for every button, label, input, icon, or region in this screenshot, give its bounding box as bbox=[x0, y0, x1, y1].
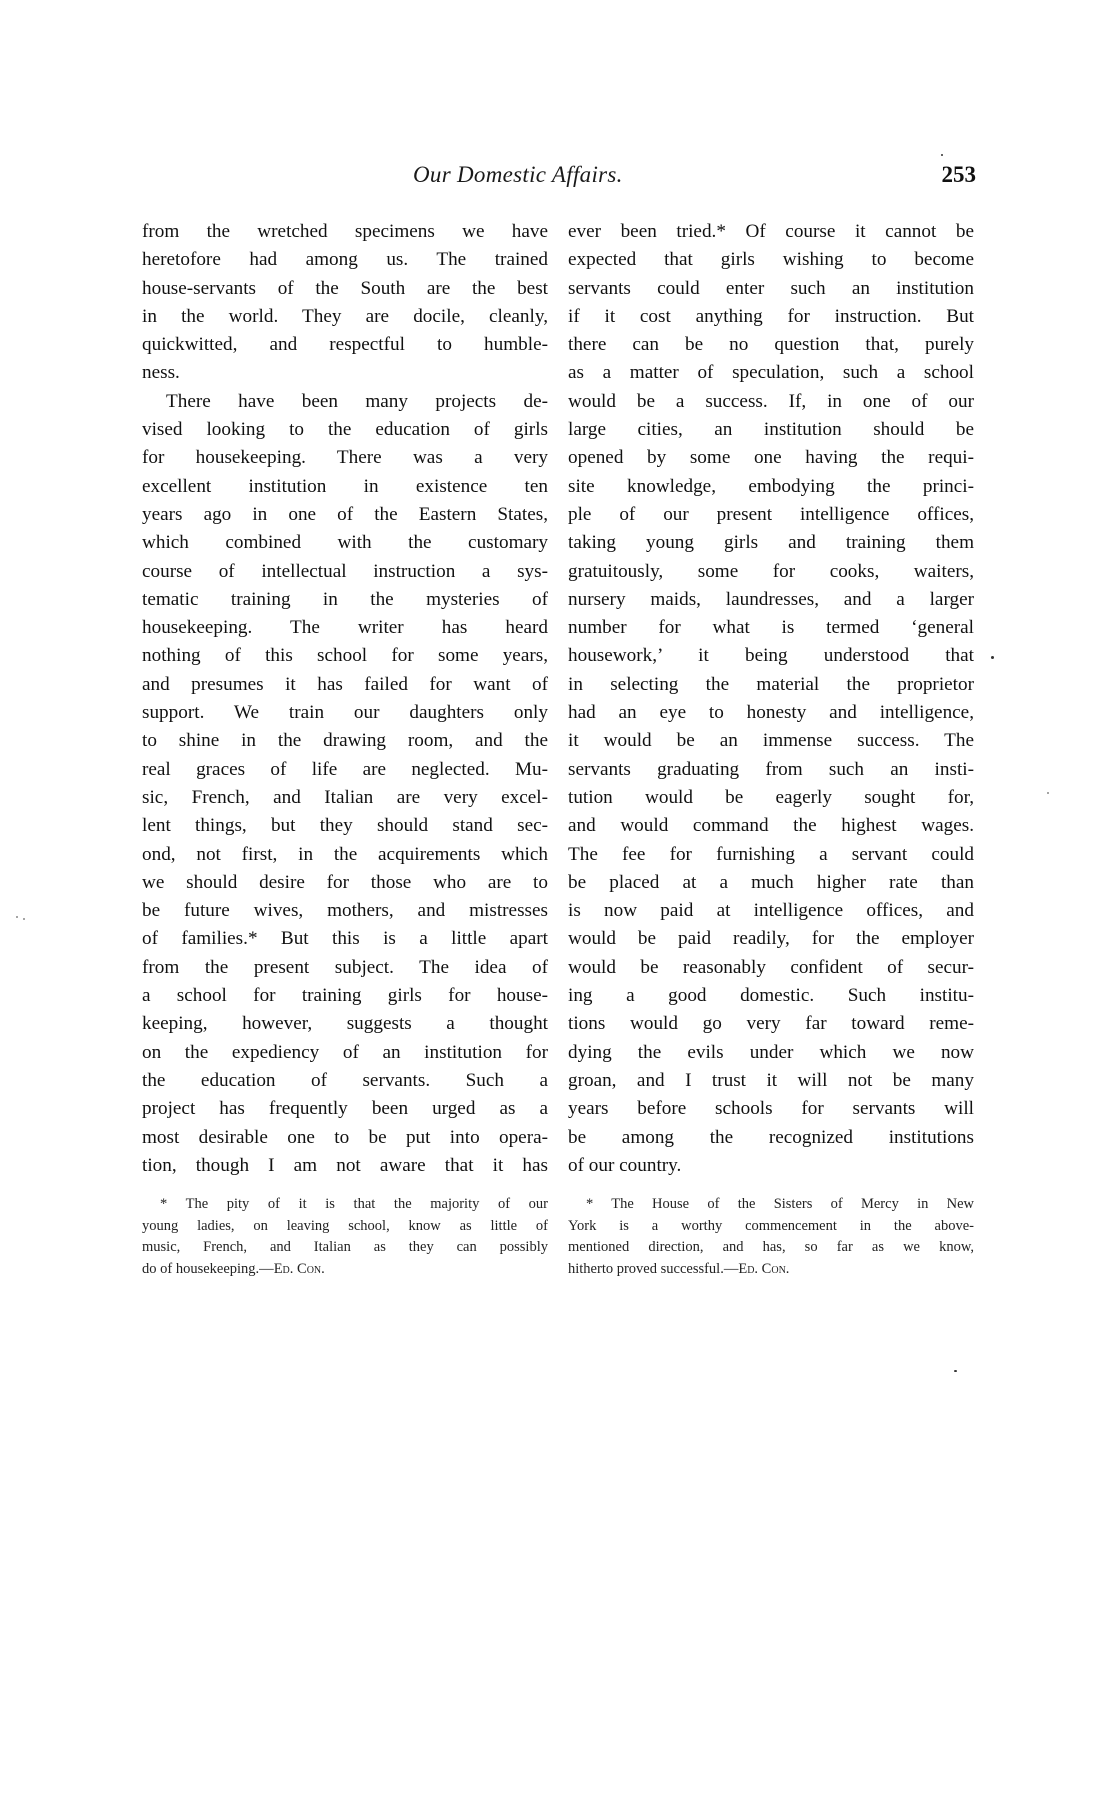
text-line: tions would go very far toward reme- bbox=[568, 1010, 974, 1038]
text-line: house-servants of the South are the best bbox=[142, 275, 548, 303]
text-line: in the world. They are docile, cleanly, bbox=[142, 303, 548, 331]
text-line: be future wives, mothers, and mistresses bbox=[142, 897, 548, 925]
footnote-line: young ladies, on leaving school, know as… bbox=[142, 1216, 548, 1238]
text-line: expected that girls wishing to become bbox=[568, 246, 974, 274]
right-column: ever been tried.* Of course it cannot be… bbox=[568, 218, 974, 1180]
text-line: project has frequently been urged as a bbox=[142, 1095, 548, 1123]
text-line: the education of servants. Such a bbox=[142, 1067, 548, 1095]
footnote-line: * The House of the Sisters of Mercy in N… bbox=[568, 1194, 974, 1216]
text-line: sic, French, and Italian are very excel- bbox=[142, 784, 548, 812]
text-line: a school for training girls for house- bbox=[142, 982, 548, 1010]
text-line: years before schools for servants will bbox=[568, 1095, 974, 1123]
footnote-signature: Ed. Con. bbox=[274, 1261, 325, 1277]
text-line: be among the recognized institutions bbox=[568, 1124, 974, 1152]
text-line: support. We train our daughters only bbox=[142, 699, 548, 727]
text-line: real graces of life are neglected. Mu- bbox=[142, 756, 548, 784]
text-line: ness. bbox=[142, 359, 548, 387]
text-line: most desirable one to be put into opera- bbox=[142, 1124, 548, 1152]
text-line: ing a good domestic. Such institu- bbox=[568, 982, 974, 1010]
footnote-line-last: hitherto proved successful.—Ed. Con. bbox=[568, 1259, 974, 1281]
footnote-line: York is a worthy commencement in the abo… bbox=[568, 1216, 974, 1238]
text-line: large cities, an institution should be bbox=[568, 416, 974, 444]
text-line: nursery maids, laundresses, and a larger bbox=[568, 586, 974, 614]
text-line: there can be no question that, purely bbox=[568, 331, 974, 359]
page-number: 253 bbox=[942, 160, 977, 190]
text-line: from the present subject. The idea of bbox=[142, 954, 548, 982]
text-line: taking young girls and training them bbox=[568, 529, 974, 557]
left-column: from the wretched specimens we have here… bbox=[142, 218, 548, 1180]
scan-speck bbox=[23, 918, 25, 920]
scan-speck bbox=[954, 1370, 957, 1372]
running-title: Our Domestic Affairs. bbox=[413, 160, 623, 190]
running-head: Our Domestic Affairs. 253 bbox=[140, 160, 976, 190]
text-line: course of intellectual instruction a sys… bbox=[142, 558, 548, 586]
text-line: housework,’ it being understood that bbox=[568, 642, 974, 670]
footnote-left: * The pity of it is that the majority of… bbox=[142, 1194, 548, 1280]
text-line: servants could enter such an institution bbox=[568, 275, 974, 303]
footnote-line: music, French, and Italian as they can p… bbox=[142, 1237, 548, 1259]
text-line: ever been tried.* Of course it cannot be bbox=[568, 218, 974, 246]
text-line: ple of our present intelligence offices, bbox=[568, 501, 974, 529]
text-line: would be paid readily, for the employer bbox=[568, 925, 974, 953]
text-line: tion, though I am not aware that it has bbox=[142, 1152, 548, 1180]
text-line: heretofore had among us. The trained bbox=[142, 246, 548, 274]
text-line: site knowledge, embodying the princi- bbox=[568, 473, 974, 501]
footnote-line-last: do of housekeeping.—Ed. Con. bbox=[142, 1259, 548, 1281]
footnote-line: * The pity of it is that the majority of… bbox=[142, 1194, 548, 1216]
text-line: years ago in one of the Eastern States, bbox=[142, 501, 548, 529]
text-line: be placed at a much higher rate than bbox=[568, 869, 974, 897]
footnote-signature: Ed. Con. bbox=[738, 1261, 789, 1277]
text-line: The fee for furnishing a servant could bbox=[568, 841, 974, 869]
text-line: groan, and I trust it will not be many bbox=[568, 1067, 974, 1095]
text-line: tematic training in the mysteries of bbox=[142, 586, 548, 614]
footnote-text: hitherto proved successful.— bbox=[568, 1261, 738, 1277]
text-line: would be a success. If, in one of our bbox=[568, 388, 974, 416]
footnote-right: * The House of the Sisters of Mercy in N… bbox=[568, 1194, 974, 1280]
text-line: in selecting the material the proprietor bbox=[568, 671, 974, 699]
text-line: it would be an immense success. The bbox=[568, 727, 974, 755]
text-line: ond, not first, in the acquirements whic… bbox=[142, 841, 548, 869]
text-line: and would command the highest wages. bbox=[568, 812, 974, 840]
scan-speck bbox=[16, 916, 18, 918]
text-line: lent things, but they should stand sec- bbox=[142, 812, 548, 840]
footnote-text: do of housekeeping.— bbox=[142, 1261, 274, 1277]
text-line: dying the evils under which we now bbox=[568, 1039, 974, 1067]
text-line: is now paid at intelligence offices, and bbox=[568, 897, 974, 925]
paragraph-start-line: There have been many projects de- bbox=[142, 388, 548, 416]
text-line: if it cost anything for instruction. But bbox=[568, 303, 974, 331]
text-line: opened by some one having the requi- bbox=[568, 444, 974, 472]
text-line: to shine in the drawing room, and the bbox=[142, 727, 548, 755]
text-line: as a matter of speculation, such a schoo… bbox=[568, 359, 974, 387]
text-line: keeping, however, suggests a thought bbox=[142, 1010, 548, 1038]
text-line: tution would be eagerly sought for, bbox=[568, 784, 974, 812]
text-line: gratuitously, some for cooks, waiters, bbox=[568, 558, 974, 586]
scan-speck bbox=[991, 656, 994, 659]
footnote-line: mentioned direction, and has, so far as … bbox=[568, 1237, 974, 1259]
text-line: for housekeeping. There was a very bbox=[142, 444, 548, 472]
text-line: quickwitted, and respectful to humble- bbox=[142, 331, 548, 359]
text-line: had an eye to honesty and intelligence, bbox=[568, 699, 974, 727]
scan-speck bbox=[941, 154, 943, 156]
text-line: nothing of this school for some years, bbox=[142, 642, 548, 670]
text-line: on the expediency of an institution for bbox=[142, 1039, 548, 1067]
text-line: of families.* But this is a little apart bbox=[142, 925, 548, 953]
text-line: number for what is termed ‘general bbox=[568, 614, 974, 642]
text-line: excellent institution in existence ten bbox=[142, 473, 548, 501]
text-line: would be reasonably confident of secur- bbox=[568, 954, 974, 982]
text-line: we should desire for those who are to bbox=[142, 869, 548, 897]
text-line: of our country. bbox=[568, 1152, 974, 1180]
text-line: which combined with the customary bbox=[142, 529, 548, 557]
text-line: vised looking to the education of girls bbox=[142, 416, 548, 444]
text-line: housekeeping. The writer has heard bbox=[142, 614, 548, 642]
text-line: and presumes it has failed for want of bbox=[142, 671, 548, 699]
scan-speck bbox=[1047, 792, 1049, 794]
text-line: from the wretched specimens we have bbox=[142, 218, 548, 246]
text-line: servants graduating from such an insti- bbox=[568, 756, 974, 784]
scanned-book-page: Our Domestic Affairs. 253 from the wretc… bbox=[0, 0, 1120, 1800]
